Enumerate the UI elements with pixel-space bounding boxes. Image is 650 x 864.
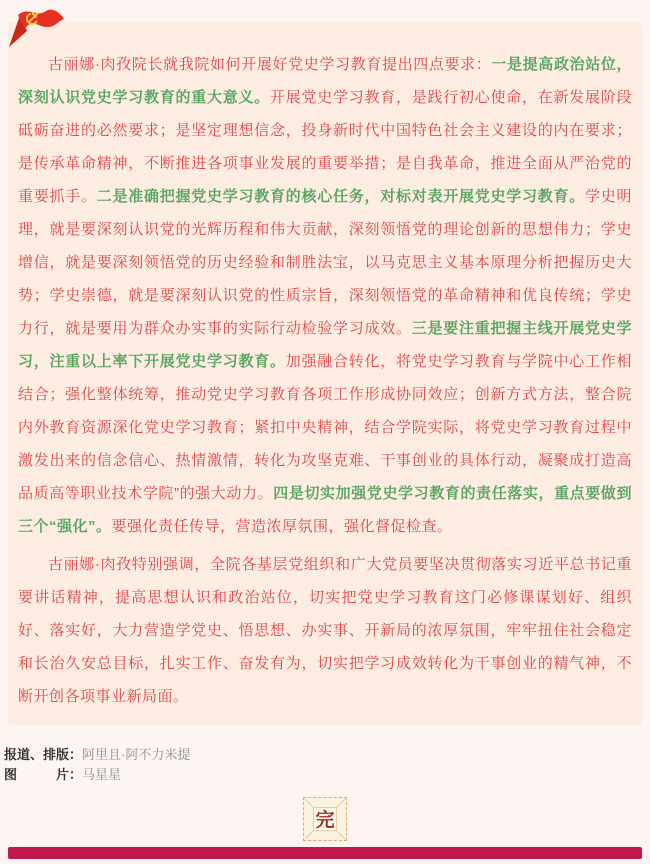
article-paragraph: 古丽娜·肉孜特别强调，全院各基层党组织和广大党员要坚决贯彻落实习近平总书记重要讲… [18, 548, 632, 713]
end-stamp-label: 完 [315, 805, 334, 832]
credit-label: 报道、排版： [4, 747, 82, 762]
credit-value: 马星星 [82, 767, 121, 782]
text-segment: 古丽娜·肉孜院长就我院如何开展好党史学习教育提出四点要求： [48, 56, 491, 73]
article-paragraph: 会议传达学习了自治区和自治州党史学习教育动员会议精神，并对相关工作进行了安排部署… [18, 718, 632, 725]
credit-label: 图 片： [4, 767, 82, 782]
article-panel: 古丽娜·肉孜院长就我院如何开展好党史学习教育提出四点要求：一是提高政治站位，深刻… [8, 22, 642, 725]
party-flag-icon [4, 2, 68, 52]
credit-row-report: 报道、排版：阿里且·阿不力米提 [4, 745, 650, 765]
text-segment: 学史明理，就是要深刻认识党的光辉历程和伟大贡献，深刻领悟党的理论创新的思想伟力；… [18, 188, 632, 337]
credit-value: 阿里且·阿不力米提 [82, 747, 190, 762]
article-paragraph: 古丽娜·肉孜院长就我院如何开展好党史学习教育提出四点要求：一是提高政治站位，深刻… [18, 48, 632, 543]
credit-row-photo: 图 片：马星星 [4, 765, 650, 785]
emphasis-segment: 二是准确把握党史学习教育的核心任务，对标对表开展党史学习教育。 [97, 188, 585, 205]
bottom-divider-bar [8, 847, 642, 859]
credits-block: 报道、排版：阿里且·阿不力米提 图 片：马星星 [4, 745, 650, 785]
end-stamp: 完 [303, 797, 347, 841]
text-segment: 古丽娜·肉孜特别强调，全院各基层党组织和广大党员要坚决贯彻落实习近平总书记重要讲… [18, 556, 632, 705]
article-body: 古丽娜·肉孜院长就我院如何开展好党史学习教育提出四点要求：一是提高政治站位，深刻… [18, 48, 632, 725]
text-segment: 加强融合转化，将党史学习教育与学院中心工作相结合；强化整体统筹，推动党史学习教育… [18, 353, 632, 502]
text-segment: 要强化责任传导，营造浓厚氛围，强化督促检查。 [112, 518, 453, 535]
